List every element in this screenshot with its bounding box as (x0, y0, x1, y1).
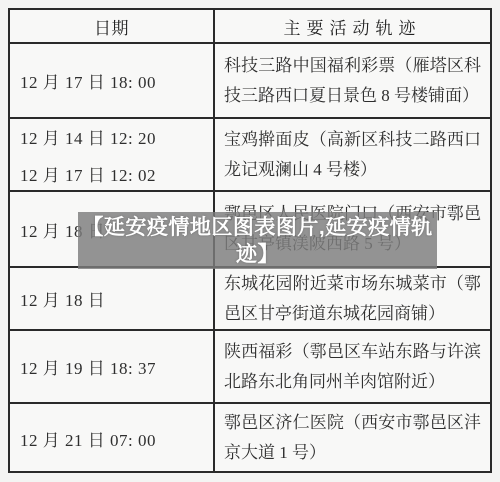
activity-text: 鄠邑区济仁医院（西安市鄠邑区沣京大道 1 号） (224, 408, 481, 468)
table-row: 12 月 19 日 18: 37 陕西福彩（鄠邑区车站东路与许滨北路东北角同州羊… (10, 331, 490, 404)
date-cell: 12 月 14 日 12: 2012 月 17 日 12: 02 (10, 119, 215, 190)
activity-cell: 陕西福彩（鄠邑区车站东路与许滨北路东北角同州羊肉馆附近） (215, 331, 490, 402)
header-activity: 主要活动轨迹 (215, 10, 490, 42)
date-cell: 12 月 19 日 18: 37 (10, 331, 215, 402)
page-background: 日期 主要活动轨迹 12 月 17 日 18: 00 科技三路中国福利彩票（雁塔… (0, 0, 500, 482)
activity-text: 宝鸡擀面皮（高新区科技二路西口龙记观澜山 4 号楼） (224, 125, 481, 185)
date-line: 12 月 17 日 12: 02 (20, 161, 213, 186)
table-row: 12 月 14 日 12: 2012 月 17 日 12: 02 宝鸡擀面皮（高… (10, 119, 490, 192)
activity-cell: 宝鸡擀面皮（高新区科技二路西口龙记观澜山 4 号楼） (215, 119, 490, 190)
watermark-text-line2: 迹】 (78, 241, 437, 268)
activity-cell: 科技三路中国福利彩票（雁塔区科技三路西口夏日景色 8 号楼铺面） (215, 44, 490, 117)
header-date: 日期 (10, 10, 215, 42)
date-cell: 12 月 18 日 (10, 268, 215, 329)
activity-cell: 东城花园附近菜市场东城菜市（鄠邑区甘亭街道东城花园商铺） (215, 268, 490, 329)
watermark-banner: 【延安疫情地区图表图片,延安疫情轨 迹】 (78, 212, 437, 269)
activity-text: 陕西福彩（鄠邑区车站东路与许滨北路东北角同州羊肉馆附近） (224, 337, 481, 397)
table-row: 12 月 18 日 东城花园附近菜市场东城菜市（鄠邑区甘亭街道东城花园商铺） (10, 268, 490, 331)
date-line: 12 月 21 日 07: 00 (20, 426, 213, 451)
activity-cell: 鄠邑区济仁医院（西安市鄠邑区沣京大道 1 号） (215, 404, 490, 472)
date-line: 12 月 18 日 (20, 286, 213, 311)
date-cell: 12 月 17 日 18: 00 (10, 44, 215, 117)
activity-text: 东城花园附近菜市场东城菜市（鄠邑区甘亭街道东城花园商铺） (224, 269, 481, 329)
date-line: 12 月 17 日 18: 00 (20, 68, 213, 93)
table-row: 12 月 21 日 07: 00 鄠邑区济仁医院（西安市鄠邑区沣京大道 1 号） (10, 404, 490, 472)
date-cell: 12 月 21 日 07: 00 (10, 404, 215, 472)
activity-text: 科技三路中国福利彩票（雁塔区科技三路西口夏日景色 8 号楼铺面） (224, 51, 481, 111)
table-header-row: 日期 主要活动轨迹 (10, 10, 490, 44)
table-row: 12 月 17 日 18: 00 科技三路中国福利彩票（雁塔区科技三路西口夏日景… (10, 44, 490, 119)
date-line: 12 月 14 日 12: 20 (20, 124, 213, 149)
date-line: 12 月 19 日 18: 37 (20, 354, 213, 379)
watermark-text-line1: 【延安疫情地区图表图片,延安疫情轨 (78, 214, 437, 241)
